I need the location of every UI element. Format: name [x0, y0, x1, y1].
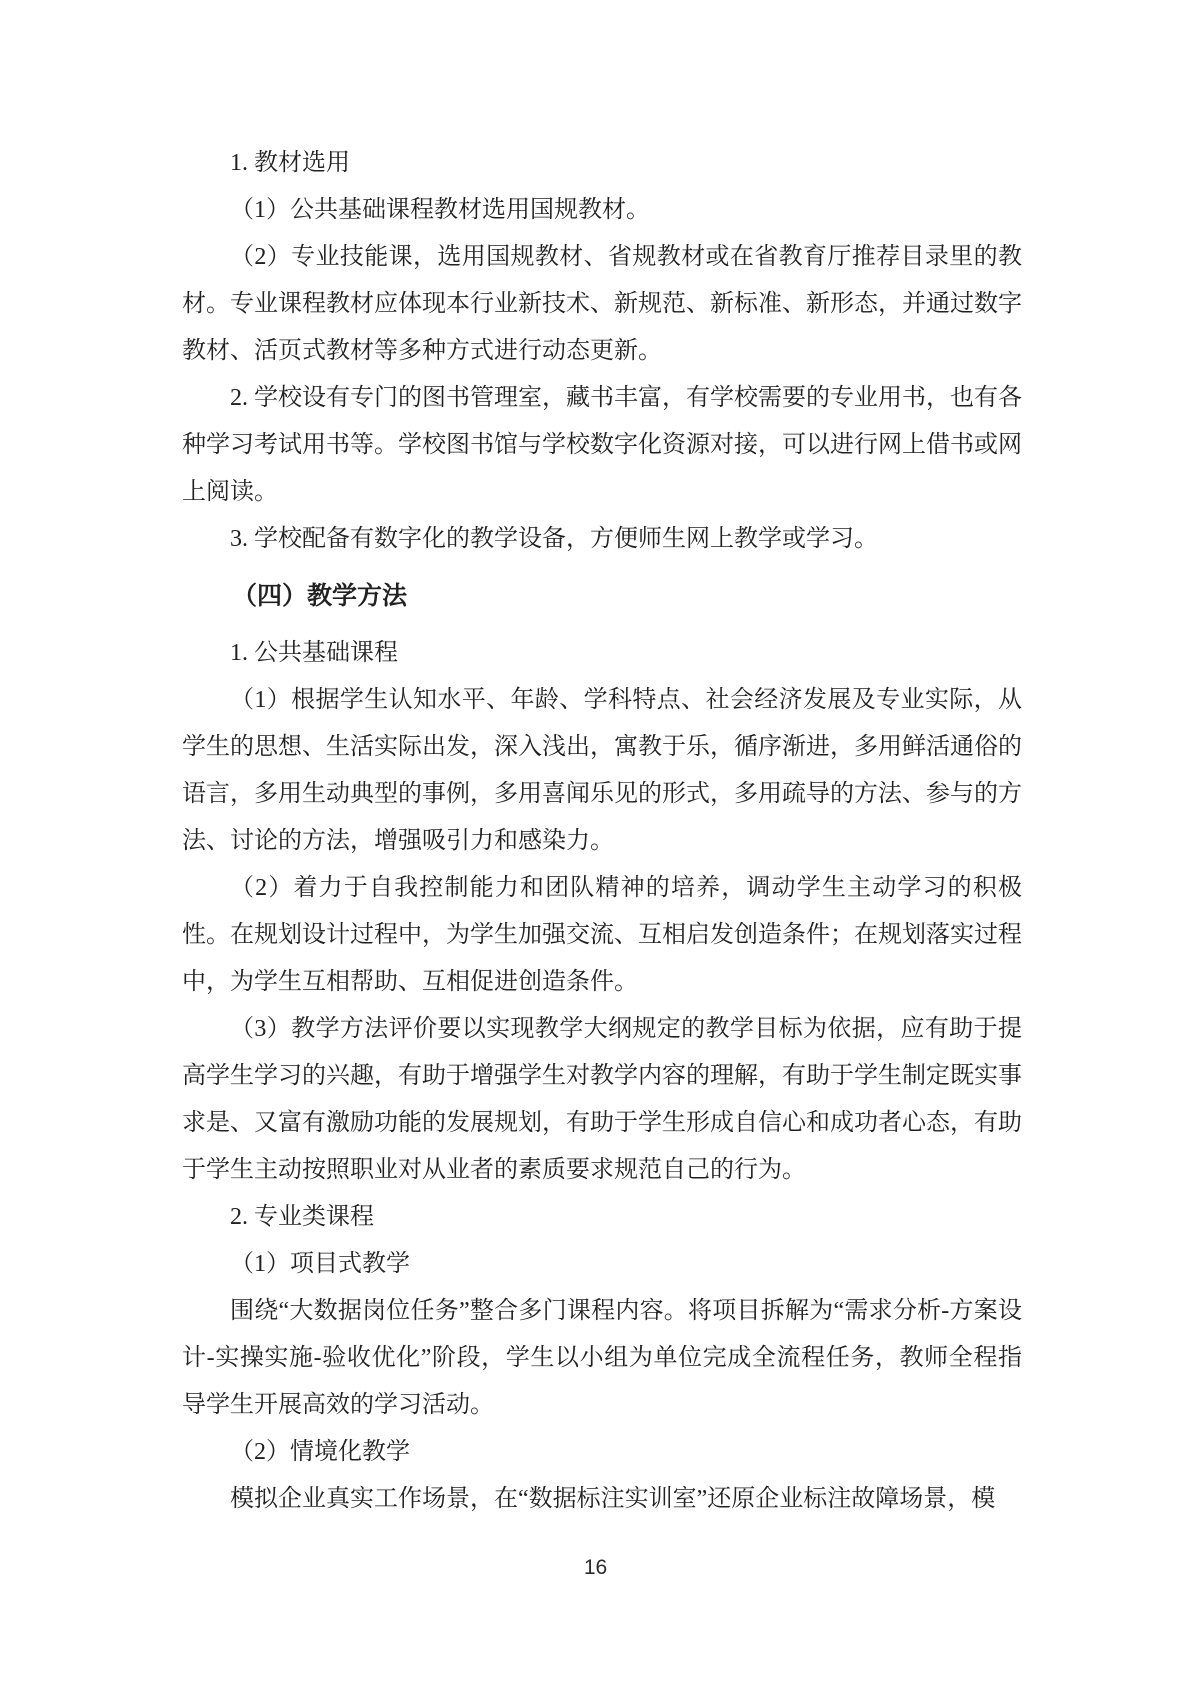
paragraph: （3）教学方法评价要以实现教学大纲规定的教学目标为依据，应有助于提高学生学习的兴…	[182, 1006, 1022, 1194]
paragraph: 3. 学校配备有数字化的教学设备，方便师生网上教学或学习。	[182, 516, 1022, 563]
paragraph: 模拟企业真实工作场景，在“数据标注实训室”还原企业标注故障场景，模	[182, 1476, 1022, 1523]
section-heading: （四）教学方法	[182, 573, 1022, 620]
paragraph: （1）公共基础课程教材选用国规教材。	[182, 187, 1022, 234]
paragraph: （2）专业技能课，选用国规教材、省规教材或在省教育厅推荐目录里的教材。专业课程教…	[182, 234, 1022, 375]
paragraph: 1. 教材选用	[182, 140, 1022, 187]
paragraph: （1）项目式教学	[182, 1241, 1022, 1288]
page-number: 16	[0, 1556, 1191, 1580]
paragraph: 1. 公共基础课程	[182, 630, 1022, 677]
paragraph: 2. 专业类课程	[182, 1194, 1022, 1241]
document-body: 1. 教材选用（1）公共基础课程教材选用国规教材。（2）专业技能课，选用国规教材…	[182, 140, 1022, 1523]
paragraph: （1）根据学生认知水平、年龄、学科特点、社会经济发展及专业实际，从学生的思想、生…	[182, 677, 1022, 865]
paragraph: （2）情境化教学	[182, 1429, 1022, 1476]
paragraph: 围绕“大数据岗位任务”整合多门课程内容。将项目拆解为“需求分析-方案设计-实操实…	[182, 1288, 1022, 1429]
document-page: 1. 教材选用（1）公共基础课程教材选用国规教材。（2）专业技能课，选用国规教材…	[0, 0, 1191, 1684]
paragraph: （2）着力于自我控制能力和团队精神的培养，调动学生主动学习的积极性。在规划设计过…	[182, 865, 1022, 1006]
paragraph: 2. 学校设有专门的图书管理室，藏书丰富，有学校需要的专业用书，也有各种学习考试…	[182, 375, 1022, 516]
